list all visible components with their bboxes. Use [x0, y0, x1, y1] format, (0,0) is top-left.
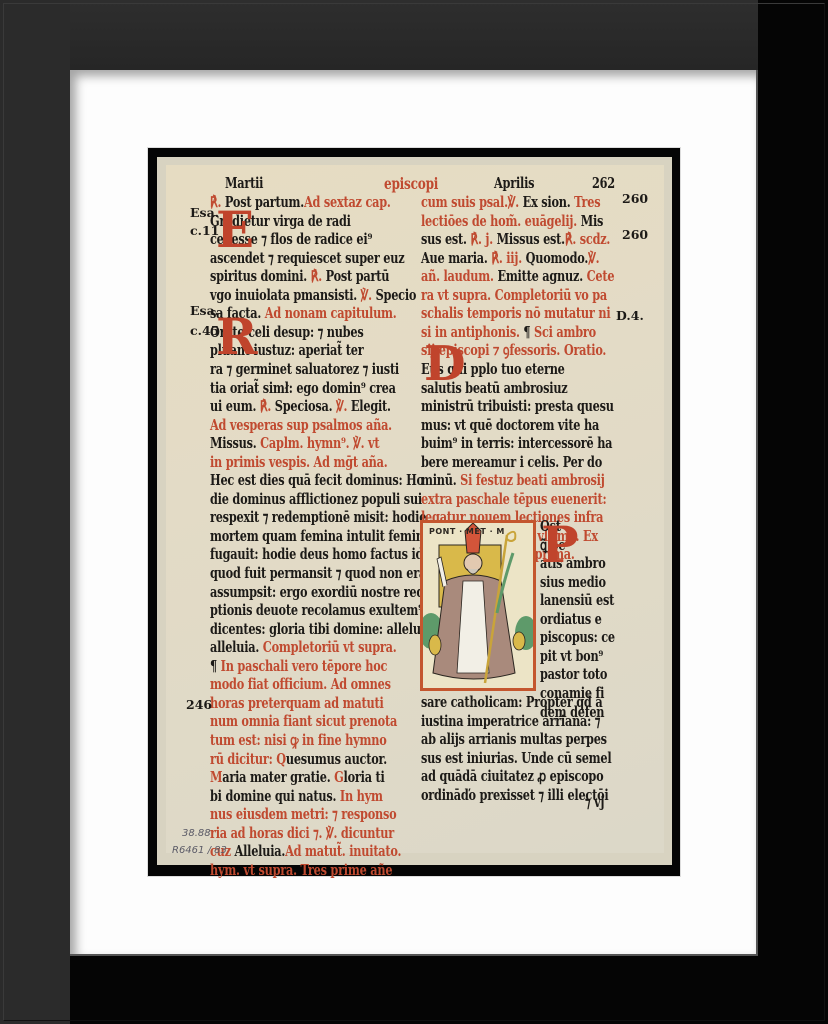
text-run: ¶ — [210, 658, 221, 675]
text-run: sare catholicam: Propter qđ a — [421, 694, 602, 711]
left-margin-note: Esa. — [190, 205, 219, 220]
right-column-line: extra paschale tēpus euenerit: — [421, 491, 606, 509]
beside-image-line: ordiatus e — [540, 611, 602, 629]
left-column-line: Maria mater gratie. Gloria ti — [210, 769, 385, 787]
header-title: episcopi — [384, 175, 438, 193]
text-run: spiritus domini. — [210, 268, 311, 285]
text-run: minū. — [421, 472, 460, 489]
right-column-line: Aue maria. ℟. iij. Quomodo.℣. — [421, 250, 599, 268]
left-column-line: die dominus afflictionez populi sui — [210, 491, 422, 509]
text-run: mus: vt quē doctorem vite ha — [421, 417, 599, 434]
text-run: ptionis deuote recolamus exultem⁹ — [210, 602, 423, 619]
text-run: ria ad horas dici ⁊. ℣. dicuntur — [210, 825, 394, 842]
text-run: ordiatus e — [540, 611, 602, 628]
after-image-line: ad quādā ciuitatez ꝓ episcopo — [421, 768, 603, 786]
right-column-line: ra vt supra. Completoriū vo pa — [421, 287, 607, 305]
beside-image-line: piscopus: ce — [540, 629, 615, 647]
beside-image-line: lanensiū est — [540, 592, 614, 610]
text-run: schalis temporis nō mutatur ni — [421, 305, 610, 322]
text-run: ℣. — [336, 398, 351, 415]
left-column-line: horas preterquam ad matuti — [210, 695, 384, 713]
right-column-line: ministrū tribuisti: presta quesu — [421, 398, 614, 416]
text-run: Si festuz beati ambrosij — [460, 472, 604, 489]
text-run: ui eum. — [210, 398, 260, 415]
left-column-line: respexit ⁊ redemptionē misit: hodie — [210, 509, 426, 527]
after-image-line: ab alijs arrianis multas perpes — [421, 731, 607, 749]
text-run: ℟. j. — [470, 231, 496, 248]
text-run: In hym — [340, 788, 383, 805]
accession-number: R6461 / 83 — [172, 845, 227, 856]
text-run: tia oriat̃ simł: ego domin⁹ crea — [210, 380, 396, 397]
left-margin-note: Esa. — [190, 303, 219, 318]
left-column-line: mortem quam femina intulit femina — [210, 528, 431, 546]
left-column-line: cuz Alleluia.Ad matut̃. inuitato. — [210, 843, 401, 861]
left-margin-note: 246 — [186, 697, 212, 712]
left-column-line: spiritus domini. ℟. Post partū — [210, 268, 389, 286]
after-image-line: sus est iniurias. Unde cū semel — [421, 750, 611, 768]
text-run: Ad nonam capitulum. — [265, 305, 397, 322]
text-run: Aue maria. — [421, 250, 491, 267]
left-column-line: assumpsit: ergo exordiū nostre redem — [210, 584, 443, 602]
right-column-line: schalis temporis nō mutatur ni — [421, 305, 610, 323]
text-run: ℣. — [588, 250, 599, 267]
text-run: assumpsit: ergo exordiū nostre redem — [210, 584, 443, 601]
text-run: Ex sion. — [523, 194, 575, 211]
initial-r: R — [216, 312, 258, 362]
text-run: alleluia. — [210, 639, 263, 656]
text-run: mortem quam femina intulit femina — [210, 528, 431, 545]
after-image-line: ordināďo prexisset ⁊ illi electōi — [421, 787, 608, 805]
text-run: cum suis psal.℣. — [421, 194, 523, 211]
beside-image-line: sius medio — [540, 574, 606, 592]
text-run: tum est: nisi ꝙ in fine hymno — [210, 732, 387, 749]
text-run: fugauit: hodie deus homo factus id — [210, 546, 423, 563]
text-run: sus est. — [421, 231, 470, 248]
after-image-line: sare catholicam: Propter qđ a — [421, 694, 602, 712]
left-column-line: Missus. Caplm. hymn⁹. ℣. vt — [210, 435, 379, 453]
text-run: piscopus: ce — [540, 629, 615, 646]
left-column-line: quod fuit permansit ⁊ quod non erat — [210, 565, 431, 583]
text-run: Post partū — [326, 268, 390, 285]
left-column-line: Ad vesperas sup psalmos aña. — [210, 417, 392, 435]
left-column-line: ui eum. ℟. Speciosa. ℣. Elegit. — [210, 398, 391, 416]
text-run: Ad vesperas sup psalmos aña. — [210, 417, 392, 434]
text-run: ordināďo prexisset ⁊ illi electōi — [421, 787, 608, 804]
text-run: nus eiusdem metri: ⁊ responso — [210, 806, 396, 823]
text-run: Specio — [376, 287, 417, 304]
left-column-line: ptionis deuote recolamus exultem⁹ — [210, 602, 423, 620]
right-column-line: añ. laudum. Emitte agnuz. Cete — [421, 268, 614, 286]
woodcut-caption: PONT · MET · M — [429, 527, 505, 536]
text-run: Ad sextaz cap. — [304, 194, 391, 211]
folio-number: 262 — [592, 175, 615, 193]
text-run: añ. laudum. — [421, 268, 497, 285]
initial-d: D — [424, 340, 466, 388]
text-run: Caplm. hymn⁹. ℣. vt — [260, 435, 379, 452]
left-column-line: hym. vt supra. Tres prime añe — [210, 862, 392, 880]
left-margin-note: c.11 — [190, 223, 219, 238]
left-column-line: alleluia. Completoriū vt supra. — [210, 639, 396, 657]
initial-e: E — [216, 205, 254, 255]
right-column-line: buim⁹ in terris: intercessorē ha — [421, 435, 612, 453]
text-run: die dominus afflictionez populi sui — [210, 491, 422, 508]
right-column-line: mus: vt quē doctorem vite ha — [421, 417, 599, 435]
text-run: Sci ambro — [534, 324, 596, 341]
left-column-line: fugauit: hodie deus homo factus id — [210, 546, 423, 564]
text-run: Speciosa. — [275, 398, 336, 415]
text-run: Quomodo. — [526, 250, 588, 267]
right-margin-note: 260 — [622, 227, 648, 242]
text-run: ℟. — [260, 398, 275, 415]
left-column-line: modo fiat officium. Ad omnes — [210, 676, 391, 694]
left-column-line: in primis vespis. Ad mḡt aña. — [210, 454, 387, 472]
right-column-line: sus est. ℟. j. Missus est.℟. scdz. — [421, 231, 610, 249]
text-run: modo fiat officium. Ad omnes — [210, 676, 391, 693]
bishop-illustration-icon — [423, 523, 533, 688]
beside-image-line: pastor toto — [540, 666, 607, 684]
signature-mark: ⁊ vj — [585, 794, 604, 812]
left-column-line: ria ad horas dici ⁊. ℣. dicuntur — [210, 825, 394, 843]
text-run: ministrū tribuisti: presta quesu — [421, 398, 614, 415]
right-margin-note: D.4. — [616, 308, 644, 323]
text-run: Elegit. — [351, 398, 391, 415]
text-run: bi domine qui natus. — [210, 788, 340, 805]
right-column-line: cum suis psal.℣. Ex sion. Tres — [421, 194, 600, 212]
header-month-right: Aprilis — [494, 175, 534, 193]
text-run: ℟. iij. — [491, 250, 525, 267]
left-margin-note: c.45 — [190, 323, 219, 338]
text-run: Completoriū vt supra. — [263, 639, 397, 656]
text-run: sus est iniurias. Unde cū semel — [421, 750, 611, 767]
right-column-line: lectiōes de hom̃. euāgelij. Mis — [421, 213, 603, 231]
header-month-left: Martii — [225, 175, 263, 193]
text-run: Ad matut̃. inuitato. — [285, 843, 401, 860]
text-run: ℟. scdz. — [565, 231, 610, 248]
left-column-line: tum est: nisi ꝙ in fine hymno — [210, 732, 387, 750]
text-run: Mis — [581, 213, 603, 230]
text-run: Cete — [587, 268, 615, 285]
text-run: horas preterquam ad matuti — [210, 695, 384, 712]
text-run: rū dicitur: Q — [210, 751, 286, 768]
after-image-line: iustina imperatrice arriana: ⁊ — [421, 713, 600, 731]
text-run: lanensiū est — [540, 592, 614, 609]
text-run: Missus est. — [497, 231, 565, 248]
text-run: G — [334, 769, 343, 786]
right-column-line: minū. Si festuz beati ambrosij — [421, 472, 605, 490]
inventory-number: 38.88 — [182, 828, 211, 839]
text-run: buim⁹ in terris: intercessorē ha — [421, 435, 612, 452]
text-run: ⁊ vj — [585, 794, 604, 811]
text-run: In paschali vero tēpore hoc — [221, 658, 388, 675]
text-run: ra vt supra. Completoriū vo pa — [421, 287, 607, 304]
beside-image-line: pit vt bon⁹ — [540, 648, 603, 666]
text-run: extra paschale tēpus euenerit: — [421, 491, 606, 508]
left-column-line: num omnia fiant sicut prenota — [210, 713, 397, 731]
text-run: lectiōes de hom̃. euāgelij. — [421, 213, 581, 230]
text-run: ¶ — [523, 324, 534, 341]
left-column-line: nus eiusdem metri: ⁊ responso — [210, 806, 396, 824]
text-run: vgo inuiolata pmansisti. — [210, 287, 361, 304]
text-run: hym. vt supra. Tres prime añe — [210, 862, 392, 879]
text-run: dicentes: gloria tibi domine: alleluia — [210, 621, 432, 638]
left-column-line: Hec est dies quā fecit dominus: Ho — [210, 472, 424, 490]
left-column-line: bi domine qui natus. In hym — [210, 788, 383, 806]
left-column-line: dicentes: gloria tibi domine: alleluia — [210, 621, 432, 639]
text-run: ℟. — [311, 268, 326, 285]
text-run: iustina imperatrice arriana: ⁊ — [421, 713, 600, 730]
text-run: Hec est dies quā fecit dominus: Ho — [210, 472, 424, 489]
text-run: loria ti — [344, 769, 385, 786]
woodcut-saint-ambrose: PONT · MET · M — [420, 520, 536, 691]
text-run: ℣. — [361, 287, 376, 304]
text-run: pastor toto — [540, 666, 607, 683]
text-run: uesumus auctor. — [286, 751, 387, 768]
text-run: respexit ⁊ redemptionē misit: hodie — [210, 509, 426, 526]
text-run: aria mater gratie. — [222, 769, 334, 786]
right-margin-note: 260 — [622, 191, 648, 206]
text-run: in primis vespis. Ad mḡt aña. — [210, 454, 387, 471]
text-run: ab alijs arrianis multas perpes — [421, 731, 607, 748]
left-column-line: ¶ In paschali vero tēpore hoc — [210, 658, 387, 676]
left-column-line: vgo inuiolata pmansisti. ℣. Specio — [210, 287, 416, 305]
initial-p: P — [541, 520, 579, 570]
text-run: ad quādā ciuitatez ꝓ episcopo — [421, 768, 603, 785]
text-run: pit vt bon⁹ — [540, 648, 603, 665]
left-column-line: rū dicitur: Quesumus auctor. — [210, 751, 387, 769]
right-column-line: bere mereamur i celis. Per do — [421, 454, 602, 472]
text-run: Tres — [574, 194, 600, 211]
text-run: num omnia fiant sicut prenota — [210, 713, 397, 730]
text-run: Missus. — [210, 435, 260, 452]
text-run: quod fuit permansit ⁊ quod non erat — [210, 565, 431, 582]
text-run: M — [210, 769, 222, 786]
text-run: Alleluia. — [235, 843, 286, 860]
left-column-line: tia oriat̃ simł: ego domin⁹ crea — [210, 380, 396, 398]
text-run: Emitte agnuz. — [497, 268, 586, 285]
text-run: bere mereamur i celis. Per do — [421, 454, 602, 471]
text-run: sius medio — [540, 574, 606, 591]
